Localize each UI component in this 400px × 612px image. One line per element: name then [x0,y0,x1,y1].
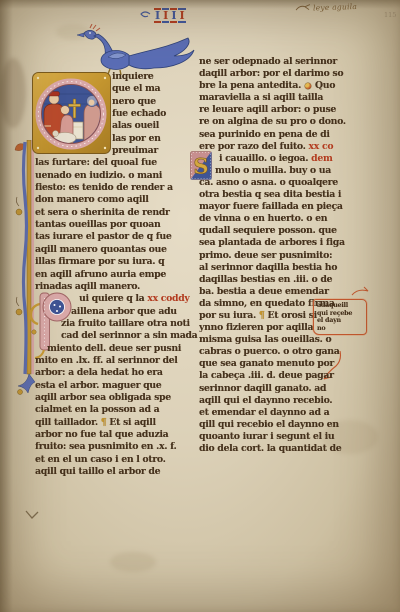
header-flourish-icon [139,11,152,20]
body-text: ba. bestia a deue emendar [199,286,329,297]
body-text: dio dela cort. la quantidat de [199,443,341,454]
text-line: don manero como aqill [35,194,198,206]
text-line: las por en [35,133,198,145]
text-line: uenado en iudizio. o mani [35,170,198,182]
body-text: qill taillador. [35,417,101,428]
chapter-numeral-letter: I [154,8,161,23]
text-line: miento dell. deue ser pusni [35,343,198,355]
body-text: aqill arbor sea obligada spe [35,392,171,403]
marginal-gloss: adaqueillqui reçebeel daynno [313,299,367,335]
text-line: preuimar [35,145,198,157]
body-text: por su iura. [199,310,259,321]
body-text: zia fruito taillare otra noti [61,318,190,329]
body-text: cabras o puerco. o otro gana [199,346,339,357]
body-text: miento dell. deue ser pusni [47,343,181,354]
body-text: maraviella a si aqill tailla [199,92,323,103]
body-text: sea purinido en pena de di [199,129,330,140]
text-line: adaqueill [317,302,364,310]
body-text: alas oueil [112,120,159,131]
body-text: qill qui recebio el daynno en [199,419,339,430]
body-text: quoanto iurar i segunt el iu [199,431,334,442]
body-text: fruito: sea pusnimito en .x. f. [35,441,176,452]
body-text: aqill manero quoantas oue [35,244,167,255]
text-line: fruito: sea pusnimito en .x. f. [35,441,198,453]
body-text: ui quiere q la [79,293,147,304]
body-text: uenado en iudizio. o mani [35,170,162,181]
body-text: rinadas aqill manero. [35,281,140,292]
text-line: sea purinido en pena de di [199,129,372,141]
manuscript-page: IIII leye aguila 115 [0,0,400,612]
text-line: que el ma [35,83,198,95]
text-line: otra bestia q sea dita bestia i [199,189,372,201]
text-line: fiesto: es tenido de render a [35,182,198,194]
text-line: i cauaillo. o iegoa. dem [199,153,372,165]
text-line: aqill qui taillo el arbor de [35,466,198,478]
body-text: ne ser odepnado al serinnor [199,56,337,67]
text-line: ui quiere q la xx coddy [35,293,198,305]
text-line: dio dela cort. la quantidat de [199,443,372,455]
body-text: otra bestia q sea dita bestia i [199,189,341,200]
text-line: cabras o puerco. o otro gana [199,346,372,358]
body-text: don manero como aqill [35,194,149,205]
text-line: que sea ganato menuto por [199,358,372,370]
text-line: de vinna o en huerto. o en [199,213,372,225]
chapter-numeral-letter: I [178,8,185,23]
rubric-text: xx coddy [147,293,189,304]
body-text: fue echado [112,108,166,119]
text-line: ca. asno o asna. o quoalqere [199,177,372,189]
body-text: Et si aqill [106,417,155,428]
body-text: nero que [112,96,156,107]
body-text: et en el un caso i en l otro. [35,454,166,465]
text-line: primo. deue ser pusnimito: [199,250,372,262]
body-text: al serinnor daqilla bestia ho [199,262,337,273]
text-line: sea plantada de arbores i figa [199,237,372,249]
chapter-numeral-letter: I [162,8,169,23]
folio-number: 115 [384,11,396,19]
text-line: tas iurare el pastor de q fue [35,231,198,243]
text-line: el dayn [317,317,364,325]
body-text: et emendar el daynno ad a [199,407,329,418]
gutter-shadow [0,0,13,612]
text-line: esta el arbor. maguer que [35,380,198,392]
text-line: aqill qui el daynno recebio. [199,395,372,407]
body-text: tantas oueillas por quoan [35,219,160,230]
text-line: daqillas bestias en .iii. o de [199,274,372,286]
text-line: zia fruito taillare otra noti [35,318,198,330]
body-text: mayor fuere faillada en pieça [199,201,343,212]
body-text: daqill arbor: por el darimo so [199,68,343,79]
body-text: aillena arbor que adu [71,306,177,317]
text-line: maraviella a si aqill tailla [199,92,372,104]
text-line: ere por razo del fuito. xx co [199,141,372,153]
body-text: qudall sequiere posson. que [199,225,337,236]
text-line: arbor: a dela hedat ho era [35,367,198,379]
body-text: tas iurare el pastor de q fue [35,231,172,242]
body-text: illas firmare por su iura. q [35,256,164,267]
chapter-heading: IIII [139,8,186,23]
chapter-numeral: IIII [154,8,186,23]
rubric-text: dem [311,153,332,164]
body-text: serinnor daqill ganato. ad [199,383,326,394]
dragon-marginalia-icon [74,24,196,76]
text-line: no [317,325,364,333]
body-text: daqillas bestias en .iii. o de [199,274,332,285]
body-text: las furtare: del quoal fue [35,157,157,168]
body-text: ere por razo del fuito. [199,141,309,152]
body-text: re on algina de su pro o dono. [199,116,346,127]
body-text: que sea ganato menuto por [199,358,334,369]
text-line: qui reçebe [317,310,364,318]
text-line: las furtare: del quoal fue [35,157,198,169]
inscription-text: leye aguila [313,2,357,13]
parchment-stain [110,552,156,572]
body-text: la cabeça .iii. d. deue pagar [199,370,334,381]
text-line: quoanto iurar i segunt el iu [199,431,372,443]
text-line: alas oueil [35,120,198,132]
body-text: preuimar [112,145,158,156]
body-text: re leuare aqill arbor: o puse [199,104,336,115]
body-text: mulo o muilla. buy o ua [215,165,331,176]
body-text: qui reçebe [317,310,352,317]
body-text: no [317,325,325,332]
text-line: inquiere [35,71,198,83]
text-line: cialmet en la posson ad a [35,404,198,416]
body-text: cad del serinnor a sin mada [61,330,197,341]
flower-ornament-icon [305,83,311,89]
text-line: nero que [35,96,198,108]
marginal-inscription: leye aguila [295,2,357,13]
parchment-stain [0,58,26,128]
parchment-flaw-mark [24,509,40,521]
text-line: misma guisa las oueillas. o [199,334,372,346]
body-text: el dayn [317,317,341,324]
text-line: la cabeça .iii. d. deue pagar [199,370,372,382]
body-text: de vinna o en huerto. o en [199,213,327,224]
body-text: fiesto: es tenido de render a [35,182,173,193]
text-line: re on algina de su pro o dono. [199,116,372,128]
body-text: Quo [312,80,335,91]
text-line: cad del serinnor a sin mada [35,330,198,342]
body-text: en aqill afruno auria empe [35,269,166,280]
text-line: arbor no fue tal que aduzia [35,429,198,441]
rubric-text: xx co [309,141,334,152]
text-line: mito en .lx. ff. al serinnor del [35,355,198,367]
text-line: et emendar el daynno ad a [199,407,372,419]
body-text: i cauaillo. o iegoa. [219,153,311,164]
body-text: Et orosi si [264,310,316,321]
text-line: et sera o sherinita de rendr [35,207,198,219]
text-line: illas firmare por su iura. q [35,256,198,268]
text-line: al serinnor daqilla bestia ho [199,262,372,274]
text-line: rinadas aqill manero. [35,281,198,293]
body-text: sea plantada de arbores i figa [199,237,345,248]
body-text: ynno fizieren por aqilla [199,322,313,333]
body-text: misma guisa las oueillas. o [199,334,331,345]
text-line: serinnor daqill ganato. ad [199,383,372,395]
text-line: et en el un caso i en l otro. [35,454,198,466]
text-line: bre la pena antedita. Quo [199,80,372,92]
text-line: daqill arbor: por el darimo so [199,68,372,80]
text-line: mulo o muilla. buy o ua [199,165,372,177]
text-line: aillena arbor que adu [35,306,198,318]
chapter-numeral-letter: I [170,8,177,23]
text-line: qill taillador. ¶ Et si aqill [35,417,198,429]
body-text: que el ma [112,83,160,94]
body-text: mito en .lx. ff. al serinnor del [35,355,178,366]
body-text: inquiere [112,71,153,82]
text-line: aqill arbor sea obligada spe [35,392,198,404]
text-line: qudall sequiere posson. que [199,225,372,237]
inscription-flourish-icon [295,4,311,14]
body-text: las por en [112,133,161,144]
text-line: ne ser odepnado al serinnor [199,56,372,68]
body-text: aqill qui el daynno recebio. [199,395,332,406]
text-line: ba. bestia a deue emendar [199,286,372,298]
body-text: primo. deue ser pusnimito: [199,250,332,261]
body-text: cialmet en la posson ad a [35,404,159,415]
text-line: en aqill afruno auria empe [35,269,198,281]
body-text: arbor: a dela hedat ho era [35,367,163,378]
text-line: qill qui recebio el daynno en [199,419,372,431]
body-text: adaqueill [317,302,348,309]
text-column-left: inquiereque el manero quefue echadoalas … [35,71,198,483]
text-line: aqill manero quoantas oue [35,244,198,256]
body-text: ca. asno o asna. o quoalqere [199,177,338,188]
text-column-right: ne ser odepnado al serinnordaqill arbor:… [199,56,372,460]
text-line: mayor fuere faillada en pieça [199,201,372,213]
body-text: et sera o sherinita de rendr [35,207,170,218]
text-line: re leuare aqill arbor: o puse [199,104,372,116]
body-text: arbor no fue tal que aduzia [35,429,168,440]
body-text: aqill qui taillo el arbor de [35,466,160,477]
text-line: tantas oueillas por quoan [35,219,198,231]
body-text: bre la pena antedita. [199,80,304,91]
text-line: fue echado [35,108,198,120]
body-text: esta el arbor. maguer que [35,380,161,391]
